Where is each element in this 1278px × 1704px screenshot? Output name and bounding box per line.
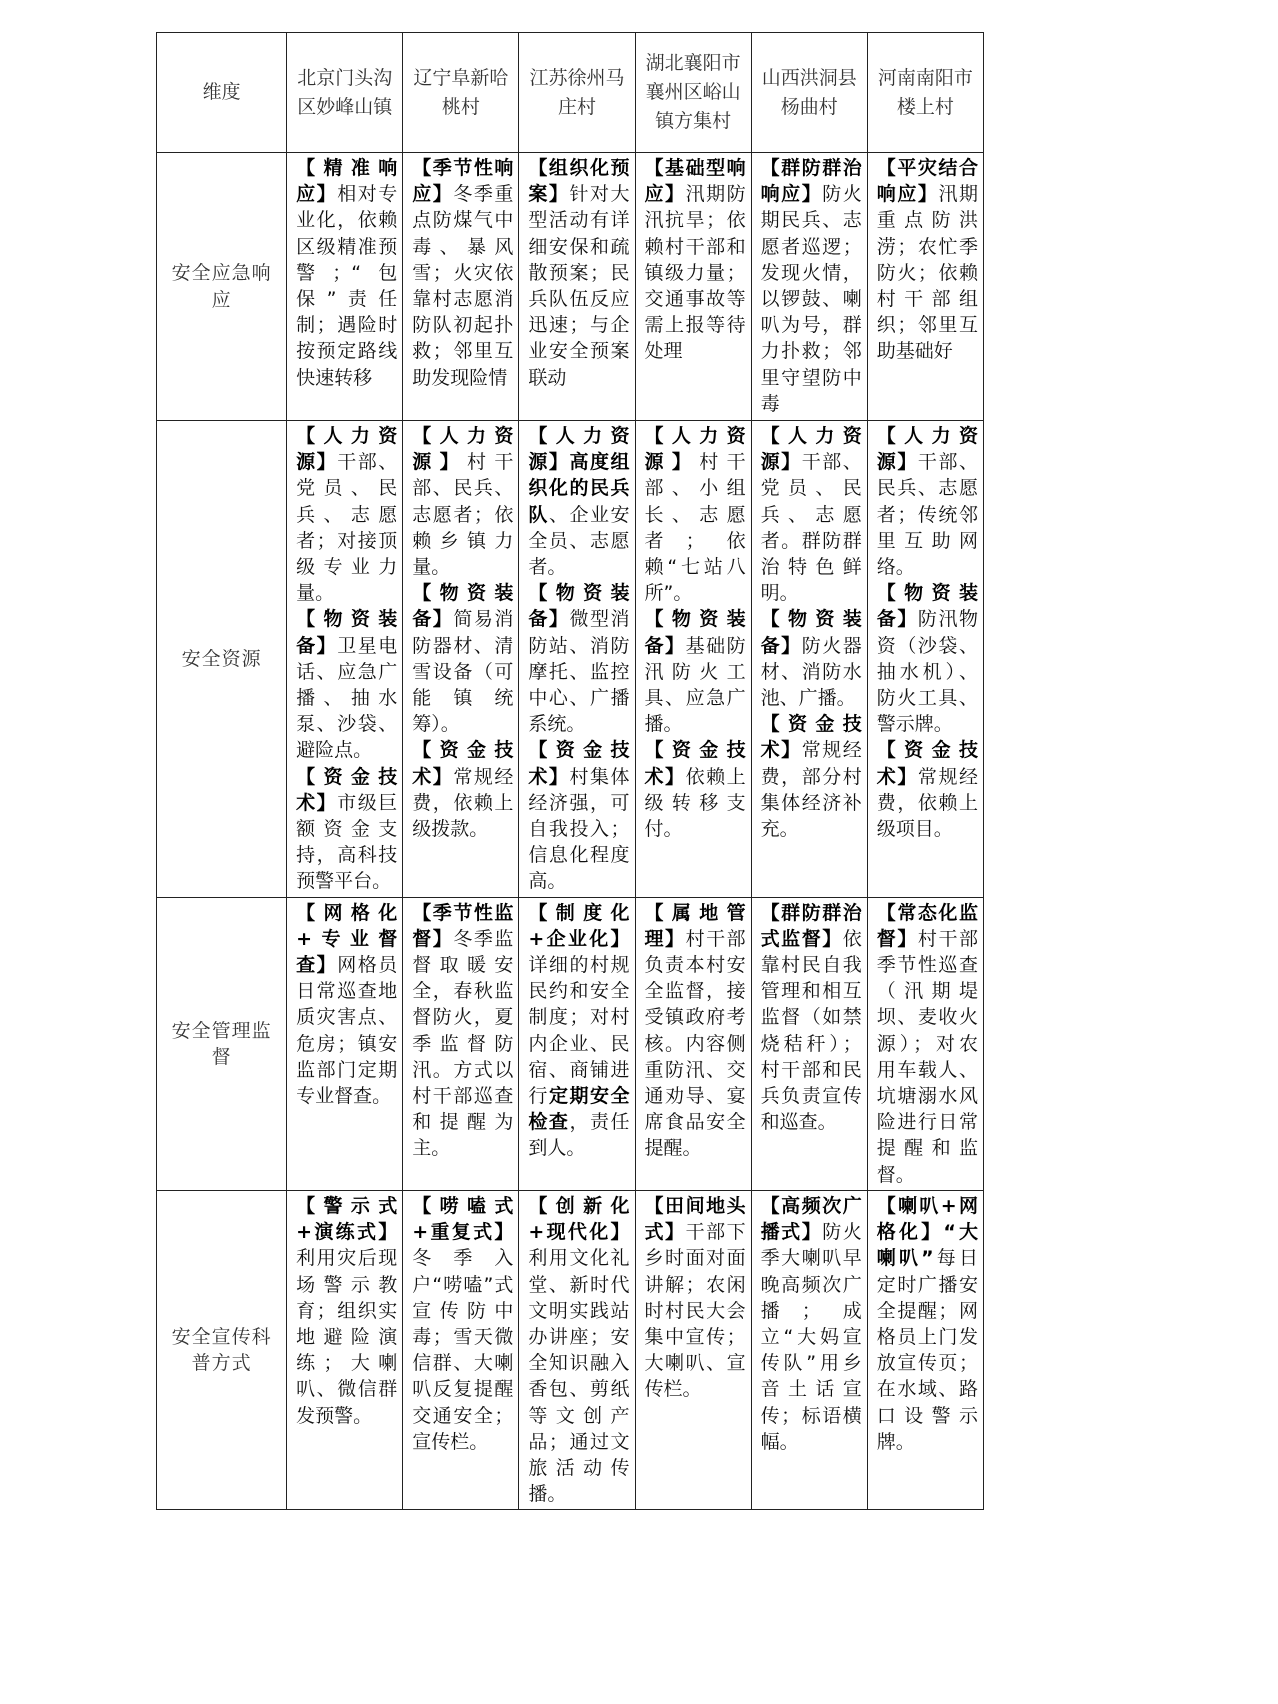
table-cell: 【网格化+专业督查】网格员日常巡查地质灾害点、危房；镇安监部门定期专业督查。 (287, 897, 403, 1190)
table-cell: 【季节性监督】冬季监督取暖安全，春秋监督防火，夏季监督防汛。方式以村干部巡查和提… (403, 897, 519, 1190)
table-cell: 【组织化预案】针对大型活动有详细安保和疏散预案；民兵队伍反应迅速；与企业安全预案… (519, 153, 635, 421)
cell-paragraph: 【组织化预案】针对大型活动有详细安保和疏散预案；民兵队伍反应迅速；与企业安全预案… (528, 157, 629, 389)
comparison-table: 维度 北京门头沟区妙峰山镇 辽宁阜新哈桃村 江苏徐州马庄村 湖北襄阳市襄州区峪山… (156, 32, 984, 1510)
cell-paragraph: 【人力资源】干部、党员、民兵、志愿者。群防群治特色鲜明。 (761, 423, 862, 606)
cell-text: 冬季重点防煤气中毒、暴风雪；火灾依靠村志愿消防队初起扑救；邻里互助发现险情 (412, 183, 513, 388)
table-cell: 【基础型响应】汛期防汛抗旱；依赖村干部和镇级力量；交通事故等需上报等待处理 (635, 153, 751, 421)
cell-paragraph: 【高频次广播式】防火季大喇叭早晚高频次广播；成立“大妈宣传队”用乡音土话宣传；标… (761, 1195, 862, 1453)
cell-paragraph: 【常态化监督】村干部季节性巡查（汛期堤坝、麦收火源）；对农用车载人、坑塘溺水风险… (877, 902, 978, 1186)
table-cell: 【平灾结合响应】汛期重点防洪涝；农忙季防火；依赖村干部组织；邻里互助基础好 (867, 153, 983, 421)
category-tag: 【创新化+现代化】 (528, 1195, 629, 1243)
table-row: 安全宣传科普方式【警示式+演练式】利用灾后现场警示教育；组织实地避险演练；大喇叭… (157, 1190, 984, 1509)
dimension-label: 安全应急响应 (157, 153, 287, 421)
table-cell: 【群防群治式监督】依靠村民自我管理和相互监督（如禁烧秸秆）；村干部和民兵负责宣传… (751, 897, 867, 1190)
cell-text: 防火季大喇叭早晚高频次广播；成立“大妈宣传队”用乡音土话宣传；标语横幅。 (761, 1221, 862, 1453)
cell-paragraph: 【人力资源】高度组织化的民兵队、企业安全员、志愿者。 (528, 423, 629, 580)
cell-paragraph: 【喇叭+网格化】“大喇叭”每日定时广播安全提醒；网格员上门发放宣传页；在水域、路… (877, 1195, 978, 1453)
table-cell: 【人力资源】村干部、民兵、志愿者；依赖乡镇力量。【物资装备】简易消防器材、清雪设… (403, 421, 519, 898)
cell-text: 依靠村民自我管理和相互监督（如禁烧秸秆）；村干部和民兵负责宣传和巡查。 (761, 928, 862, 1133)
cell-text: 相对专业化，依赖区级精准预警；“包保”责任制；遇险时按预定路线快速转移 (296, 183, 397, 388)
table-cell: 【人力资源】干部、党员、民兵、志愿者；对接顶级专业力量。【物资装备】卫星电话、应… (287, 421, 403, 898)
cell-paragraph: 【人力资源】村干部、小组长、志愿者；依赖“七站八所”。 (645, 423, 746, 606)
header-village-henan: 河南南阳市楼上村 (867, 33, 983, 153)
cell-text: 村干部负责本村安全监督，接受镇政府考核。内容侧重防汛、交通劝导、宴席食品安全提醒… (645, 928, 746, 1160)
cell-paragraph: 【人力资源】干部、民兵、志愿者；传统邻里互助网络。 (877, 423, 978, 580)
cell-paragraph: 【物资装备】基础防汛防火工具、应急广播。 (645, 606, 746, 737)
table-cell: 【创新化+现代化】利用文化礼堂、新时代文明实践站办讲座；安全知识融入香包、剪纸等… (519, 1190, 635, 1509)
cell-paragraph: 【唠嗑式+重复式】冬季入户“唠嗑”式宣传防中毒；雪天微信群、大喇叭反复提醒交通安… (412, 1195, 513, 1453)
header-village-jiangsu: 江苏徐州马庄村 (519, 33, 635, 153)
table-cell: 【喇叭+网格化】“大喇叭”每日定时广播安全提醒；网格员上门发放宣传页；在水域、路… (867, 1190, 983, 1509)
cell-text: 村干部季节性巡查（汛期堤坝、麦收火源）；对农用车载人、坑塘溺水风险进行日常提醒和… (877, 928, 978, 1186)
cell-paragraph: 【资金技术】常规经费，部分村集体经济补充。 (761, 711, 862, 842)
cell-paragraph: 【资金技术】依赖上级转移支付。 (645, 737, 746, 842)
cell-text: 干部、党员、民兵、志愿者；对接顶级专业力量。 (296, 451, 397, 604)
table-cell: 【田间地头式】干部下乡时面对面讲解；农闲时村民大会集中宣传；大喇叭、宣传栏。 (635, 1190, 751, 1509)
cell-paragraph: 【平灾结合响应】汛期重点防洪涝；农忙季防火；依赖村干部组织；邻里互助基础好 (877, 157, 978, 362)
table-cell: 【警示式+演练式】利用灾后现场警示教育；组织实地避险演练；大喇叭、微信群发预警。 (287, 1190, 403, 1509)
cell-text: 干部、党员、民兵、志愿者。群防群治特色鲜明。 (761, 451, 862, 604)
cell-paragraph: 【精准响应】相对专业化，依赖区级精准预警；“包保”责任制；遇险时按预定路线快速转… (296, 157, 397, 389)
cell-text: 冬季入户“唠嗑”式宣传防中毒；雪天微信群、大喇叭反复提醒交通安全；宣传栏。 (412, 1247, 513, 1452)
cell-text: 干部下乡时面对面讲解；农闲时村民大会集中宣传；大喇叭、宣传栏。 (645, 1221, 746, 1400)
table-cell: 【精准响应】相对专业化，依赖区级精准预警；“包保”责任制；遇险时按预定路线快速转… (287, 153, 403, 421)
category-tag: 【警示式+演练式】 (296, 1195, 397, 1243)
cell-paragraph: 【物资装备】微型消防站、消防摩托、监控中心、广播系统。 (528, 580, 629, 737)
header-village-shanxi: 山西洪洞县杨曲村 (751, 33, 867, 153)
table-row: 安全应急响应【精准响应】相对专业化，依赖区级精准预警；“包保”责任制；遇险时按预… (157, 153, 984, 421)
cell-paragraph: 【物资装备】防汛物资（沙袋、抽水机）、防火工具、警示牌。 (877, 580, 978, 737)
cell-paragraph: 【物资装备】卫星电话、应急广播、抽水泵、沙袋、避险点。 (296, 606, 397, 763)
cell-paragraph: 【属地管理】村干部负责本村安全监督，接受镇政府考核。内容侧重防汛、交通劝导、宴席… (645, 902, 746, 1160)
table-cell: 【属地管理】村干部负责本村安全监督，接受镇政府考核。内容侧重防汛、交通劝导、宴席… (635, 897, 751, 1190)
dimension-label: 安全管理监督 (157, 897, 287, 1190)
cell-paragraph: 【群防群治响应】防火期民兵、志愿者巡逻；发现火情，以锣鼓、喇叭为号，群力扑救；邻… (761, 157, 862, 415)
cell-paragraph: 【制度化+企业化】详细的村规民约和安全制度；对村内企业、民宿、商铺进行定期安全检… (528, 902, 629, 1160)
cell-text: 网格员日常巡查地质灾害点、危房；镇安监部门定期专业督查。 (296, 954, 397, 1107)
table-cell: 【季节性响应】冬季重点防煤气中毒、暴风雪；火灾依靠村志愿消防队初起扑救；邻里互助… (403, 153, 519, 421)
header-village-liaoning: 辽宁阜新哈桃村 (403, 33, 519, 153)
category-tag: 【唠嗑式+重复式】 (412, 1195, 513, 1243)
header-village-beijing: 北京门头沟区妙峰山镇 (287, 33, 403, 153)
cell-text: 利用文化礼堂、新时代文明实践站办讲座；安全知识融入香包、剪纸等文创产品；通过文旅… (528, 1247, 629, 1505)
cell-text: 冬季监督取暖安全，春秋监督防火，夏季监督防汛。方式以村干部巡查和提醒为主。 (412, 928, 513, 1160)
cell-paragraph: 【季节性监督】冬季监督取暖安全，春秋监督防火，夏季监督防汛。方式以村干部巡查和提… (412, 902, 513, 1160)
cell-paragraph: 【网格化+专业督查】网格员日常巡查地质灾害点、危房；镇安监部门定期专业督查。 (296, 902, 397, 1107)
cell-text: 每日定时广播安全提醒；网格员上门发放宣传页；在水域、路口设警示牌。 (877, 1247, 978, 1452)
cell-text: 村干部、小组长、志愿者；依赖“七站八所”。 (645, 451, 746, 604)
cell-paragraph: 【资金技术】常规经费，依赖上级项目。 (877, 737, 978, 842)
cell-paragraph: 【警示式+演练式】利用灾后现场警示教育；组织实地避险演练；大喇叭、微信群发预警。 (296, 1195, 397, 1427)
header-dimension: 维度 (157, 33, 287, 153)
table-cell: 【人力资源】高度组织化的民兵队、企业安全员、志愿者。【物资装备】微型消防站、消防… (519, 421, 635, 898)
table-row: 安全资源【人力资源】干部、党员、民兵、志愿者；对接顶级专业力量。【物资装备】卫星… (157, 421, 984, 898)
cell-paragraph: 【人力资源】村干部、民兵、志愿者；依赖乡镇力量。 (412, 423, 513, 580)
cell-paragraph: 【季节性响应】冬季重点防煤气中毒、暴风雪；火灾依靠村志愿消防队初起扑救；邻里互助… (412, 157, 513, 389)
cell-paragraph: 【田间地头式】干部下乡时面对面讲解；农闲时村民大会集中宣传；大喇叭、宣传栏。 (645, 1195, 746, 1400)
table-cell: 【人力资源】村干部、小组长、志愿者；依赖“七站八所”。【物资装备】基础防汛防火工… (635, 421, 751, 898)
table-cell: 【制度化+企业化】详细的村规民约和安全制度；对村内企业、民宿、商铺进行定期安全检… (519, 897, 635, 1190)
table-cell: 【人力资源】干部、民兵、志愿者；传统邻里互助网络。【物资装备】防汛物资（沙袋、抽… (867, 421, 983, 898)
cell-paragraph: 【群防群治式监督】依靠村民自我管理和相互监督（如禁烧秸秆）；村干部和民兵负责宣传… (761, 902, 862, 1134)
cell-paragraph: 【资金技术】市级巨额资金支持，高科技预警平台。 (296, 764, 397, 895)
cell-text: 汛期防汛抗旱；依赖村干部和镇级力量；交通事故等需上报等待处理 (645, 183, 746, 362)
cell-paragraph: 【物资装备】简易消防器材、清雪设备（可能镇统筹）。 (412, 580, 513, 737)
category-tag: 【制度化+企业化】 (528, 902, 629, 950)
cell-paragraph: 【物资装备】防火器材、消防水池、广播。 (761, 606, 862, 711)
cell-paragraph: 【资金技术】村集体经济强，可自我投入；信息化程度高。 (528, 737, 629, 894)
table-cell: 【高频次广播式】防火季大喇叭早晚高频次广播；成立“大妈宣传队”用乡音土话宣传；标… (751, 1190, 867, 1509)
table-cell: 【唠嗑式+重复式】冬季入户“唠嗑”式宣传防中毒；雪天微信群、大喇叭反复提醒交通安… (403, 1190, 519, 1509)
cell-paragraph: 【资金技术】常规经费，依赖上级拨款。 (412, 737, 513, 842)
dimension-label: 安全宣传科普方式 (157, 1190, 287, 1509)
cell-paragraph: 【人力资源】干部、党员、民兵、志愿者；对接顶级专业力量。 (296, 423, 397, 606)
header-row: 维度 北京门头沟区妙峰山镇 辽宁阜新哈桃村 江苏徐州马庄村 湖北襄阳市襄州区峪山… (157, 33, 984, 153)
cell-text: 针对大型活动有详细安保和疏散预案；民兵队伍反应迅速；与企业安全预案联动 (528, 183, 629, 388)
cell-paragraph: 【基础型响应】汛期防汛抗旱；依赖村干部和镇级力量；交通事故等需上报等待处理 (645, 157, 746, 362)
header-village-hubei: 湖北襄阳市襄州区峪山镇方集村 (635, 33, 751, 153)
table-cell: 【群防群治响应】防火期民兵、志愿者巡逻；发现火情，以锣鼓、喇叭为号，群力扑救；邻… (751, 153, 867, 421)
dimension-label: 安全资源 (157, 421, 287, 898)
cell-paragraph: 【创新化+现代化】利用文化礼堂、新时代文明实践站办讲座；安全知识融入香包、剪纸等… (528, 1195, 629, 1505)
table-cell: 【人力资源】干部、党员、民兵、志愿者。群防群治特色鲜明。【物资装备】防火器材、消… (751, 421, 867, 898)
cell-text: 利用灾后现场警示教育；组织实地避险演练；大喇叭、微信群发预警。 (296, 1247, 397, 1426)
table-row: 安全管理监督【网格化+专业督查】网格员日常巡查地质灾害点、危房；镇安监部门定期专… (157, 897, 984, 1190)
cell-text: 防火期民兵、志愿者巡逻；发现火情，以锣鼓、喇叭为号，群力扑救；邻里守望防中毒 (761, 183, 862, 415)
table-cell: 【常态化监督】村干部季节性巡查（汛期堤坝、麦收火源）；对农用车载人、坑塘溺水风险… (867, 897, 983, 1190)
cell-text: 汛期重点防洪涝；农忙季防火；依赖村干部组织；邻里互助基础好 (877, 183, 978, 362)
